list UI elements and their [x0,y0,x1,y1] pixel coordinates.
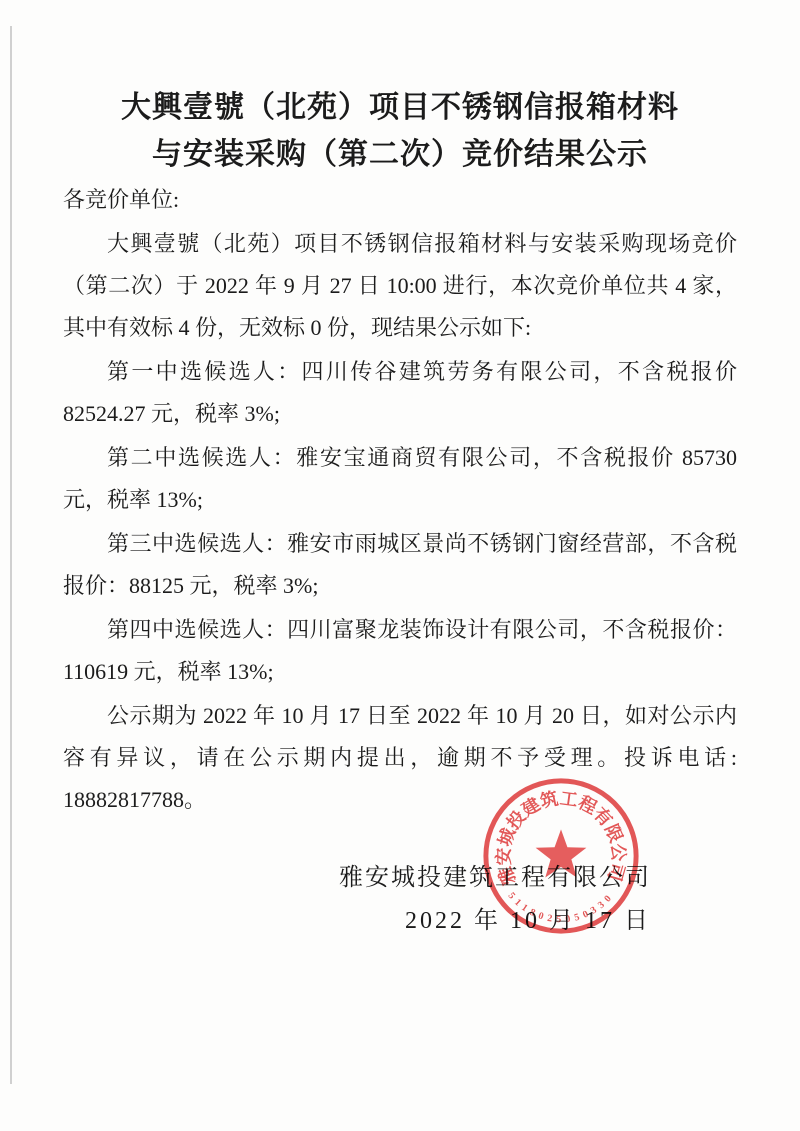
signature-date: 2022 年 10 月 17 日 [63,899,651,943]
body-paragraph: 第二中选候选人：雅安宝通商贸有限公司，不含税报价 85730 元，税率 13%; [63,437,737,521]
body-paragraph: 公示期为 2022 年 10 月 17 日至 2022 年 10 月 20 日，… [63,695,737,821]
document-title: 大興壹號（北苑）项目不锈钢信报箱材料 与安装采购（第二次）竞价结果公示 [63,84,737,178]
body-paragraph: 第三中选候选人：雅安市雨城区景尚不锈钢门窗经营部，不含税报价：88125 元，税… [63,523,737,607]
signature-company: 雅安城投建筑工程有限公司 [63,857,651,899]
body-paragraph: 第四中选候选人：四川富聚龙装饰设计有限公司，不含税报价：110619 元，税率 … [63,609,737,693]
title-line-2: 与安装采购（第二次）竞价结果公示 [63,131,737,178]
scanned-document-page: 大興壹號（北苑）项目不锈钢信报箱材料 与安装采购（第二次）竞价结果公示 各竞价单… [0,0,800,1131]
title-line-1: 大興壹號（北苑）项目不锈钢信报箱材料 [63,84,737,131]
document-content: 大興壹號（北苑）项目不锈钢信报箱材料 与安装采购（第二次）竞价结果公示 各竞价单… [0,84,800,943]
salutation: 各竞价单位: [63,179,737,221]
body-paragraph: 第一中选候选人：四川传谷建筑劳务有限公司，不含税报价 82524.27 元，税率… [63,351,737,435]
signature-block: 雅安城投建筑工程有限公司 2022 年 10 月 17 日 [63,857,737,943]
body-paragraph: 大興壹號（北苑）项目不锈钢信报箱材料与安装采购现场竞价（第二次）于 2022 年… [63,223,737,349]
